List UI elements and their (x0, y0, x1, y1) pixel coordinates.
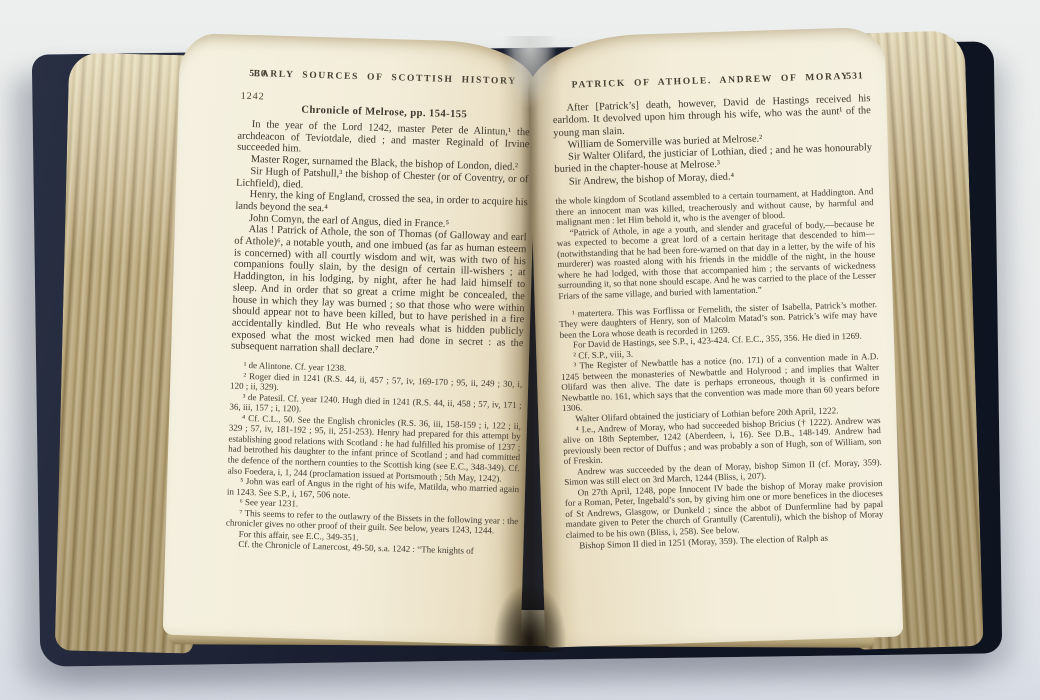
right-body-text: After [Patrick’s] death, however, David … (552, 93, 873, 189)
footnote: ⁴ Cf. C.L., 50. See the English chronicl… (227, 412, 521, 484)
quote-paragraph: “Patrick of Athole, in age a youth, and … (556, 218, 876, 302)
left-page-header: 530 EARLY SOURCES OF SCOTTISH HISTORY (239, 69, 531, 93)
right-page-number: 531 (846, 71, 864, 82)
right-page-content: PATRICK OF ATHOLE. ANDREW OF MORAY 531 A… (526, 27, 900, 552)
right-page: PATRICK OF ATHOLE. ANDREW OF MORAY 531 A… (526, 27, 903, 648)
right-running-title: PATRICK OF ATHOLE. ANDREW OF MORAY (552, 71, 870, 91)
right-page-header: PATRICK OF ATHOLE. ANDREW OF MORAY 531 (552, 71, 870, 96)
right-footnotes: ¹ matertera. This was Forflissa or Ferne… (559, 299, 884, 551)
left-page: 530 EARLY SOURCES OF SCOTTISH HISTORY 12… (163, 33, 539, 645)
left-page-number: 530 (249, 69, 267, 80)
left-running-title: EARLY SOURCES OF SCOTTISH HISTORY (239, 69, 531, 88)
left-body-text: In the year of the Lord 1242, master Pet… (231, 119, 530, 362)
right-quote-text: the whole kingdom of Scotland assembled … (555, 186, 876, 301)
left-page-content: 530 EARLY SOURCES OF SCOTTISH HISTORY 12… (165, 33, 538, 558)
left-footnotes: ¹ de Alintone. Cf. year 1238. ² Roger di… (225, 360, 523, 558)
photo-background: 530 EARLY SOURCES OF SCOTTISH HISTORY 12… (0, 0, 1040, 700)
paragraph: Alas ! Patrick of Athole, the son of Tho… (231, 224, 527, 361)
